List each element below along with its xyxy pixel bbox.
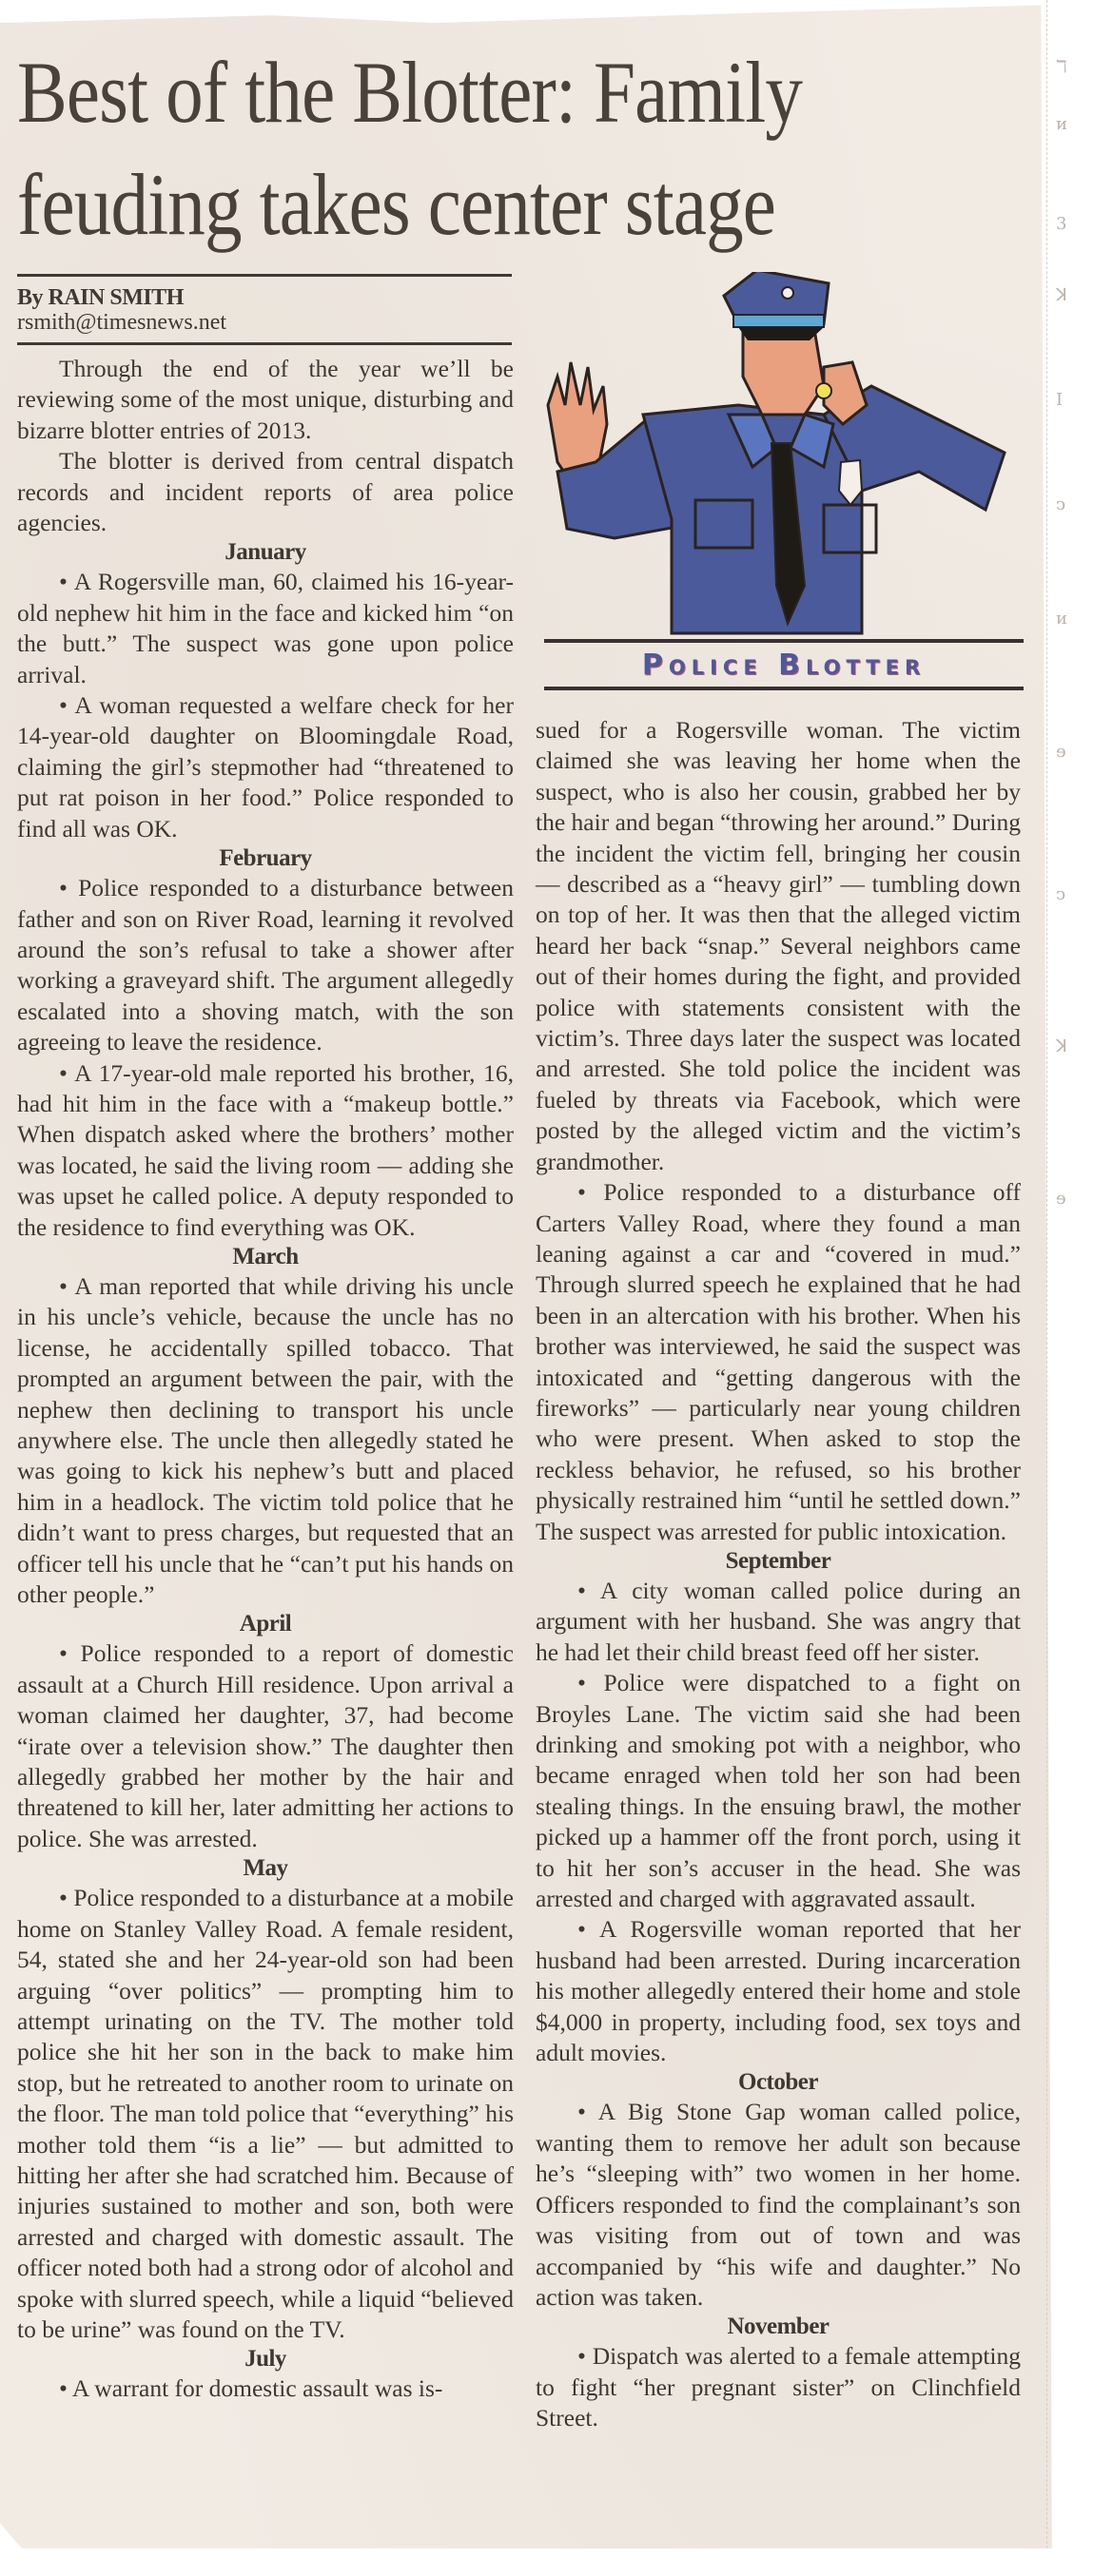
blotter-entry: • A man reported that while driving his … — [17, 1271, 514, 1610]
edge-mark: ꓘ — [1056, 285, 1067, 305]
edge-mark: ɘ — [1056, 1189, 1066, 1209]
month-heading-november: November — [536, 2313, 1021, 2341]
byline: By RAIN SMITH — [17, 285, 184, 311]
blotter-entry: • A city woman called police during an a… — [536, 1576, 1021, 1668]
blotter-entry: • Police were dispatched to a fight on B… — [536, 1668, 1021, 1914]
month-heading-april: April — [17, 1610, 514, 1638]
month-heading-october: October — [536, 2068, 1021, 2097]
byline-bottom-rule — [17, 342, 512, 345]
month-heading-february: February — [17, 844, 514, 873]
blotter-entry: • Dispatch was alerted to a female attem… — [536, 2341, 1021, 2433]
blotter-entry: • A 17-year-old male reported his brothe… — [17, 1058, 514, 1243]
blotter-entry: • A woman requested a welfare check for … — [17, 690, 514, 844]
article-column-left: Through the end of the year we’ll be rev… — [17, 354, 514, 2405]
blotter-entry: • Police responded to a disturbance off … — [536, 1177, 1021, 1547]
edge-mark: ᴎ — [1056, 114, 1067, 134]
edge-mark: ꓘ — [1056, 1036, 1067, 1056]
edge-mark: I — [1056, 390, 1063, 410]
month-heading-september: September — [536, 1547, 1021, 1576]
police-blotter-label: Police Blotter — [642, 649, 926, 682]
blotter-entry: • Police responded to a report of domest… — [17, 1638, 514, 1854]
author-email[interactable]: rsmith@timesnews.net — [17, 310, 226, 336]
article-column-right: sued for a Rogersville woman. The victim… — [536, 715, 1021, 2434]
police-officer-illustration — [538, 272, 1025, 690]
month-heading-march: March — [17, 1243, 514, 1271]
month-heading-january: January — [17, 538, 514, 567]
edge-mark: ᴎ — [1056, 609, 1067, 629]
blotter-entry: • Police responded to a disturbance betw… — [17, 873, 514, 1057]
intro-paragraph: The blotter is derived from central disp… — [17, 446, 514, 538]
adjacent-page-edge — [1046, 0, 1085, 2548]
headline: Best of the Blotter: Family feuding take… — [17, 36, 1040, 261]
byline-top-rule — [17, 274, 512, 277]
edge-mark: ↄ — [1056, 884, 1065, 904]
intro-paragraph: Through the end of the year we’ll be rev… — [17, 354, 514, 446]
blotter-entry: • A Rogersville man, 60, claimed his 16-… — [17, 567, 514, 690]
month-heading-july: July — [17, 2345, 514, 2373]
police-officer-icon — [538, 272, 1025, 643]
blotter-entry-continued: sued for a Rogersville woman. The victim… — [536, 715, 1021, 1177]
month-heading-may: May — [17, 1854, 514, 1883]
blotter-entry: • Police responded to a disturbance at a… — [17, 1883, 514, 2345]
blotter-entry: • A warrant for domestic assault was is- — [17, 2373, 514, 2404]
edge-mark: ɘ — [1056, 742, 1066, 762]
blotter-entry: • A Rogersville woman reported that her … — [536, 1914, 1021, 2068]
blotter-entry: • A Big Stone Gap woman called police, w… — [536, 2097, 1021, 2313]
edge-mark: ℸ — [1056, 57, 1067, 77]
police-blotter-logo: Police Blotter — [544, 639, 1024, 690]
edge-mark: 3 — [1056, 214, 1066, 234]
edge-mark: ↄ — [1056, 494, 1065, 514]
